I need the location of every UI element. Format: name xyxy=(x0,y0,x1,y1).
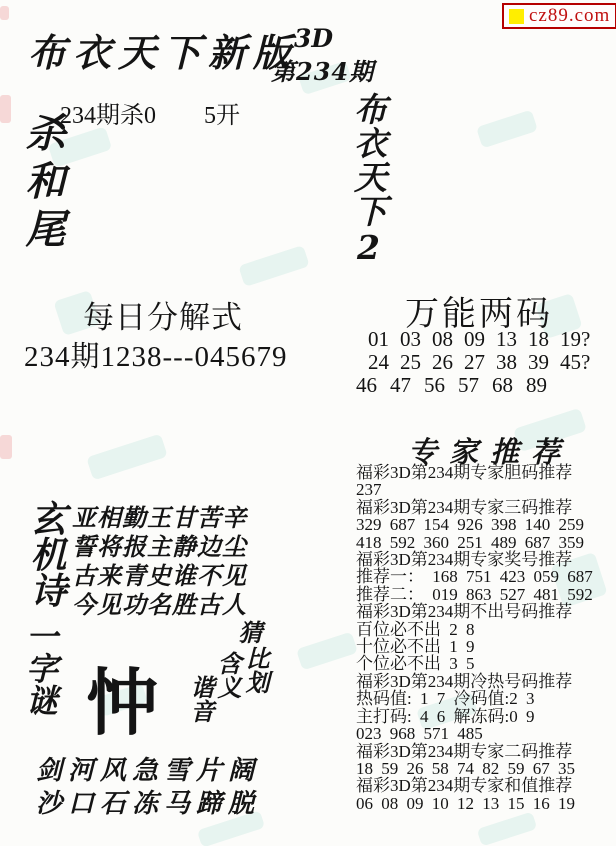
watermark-blob xyxy=(296,632,358,671)
two-codes-cell: 08 xyxy=(432,327,453,352)
two-codes-cell: 26 xyxy=(432,350,453,375)
page-title: 布衣天下新版 xyxy=(28,22,298,77)
expert-line: 主打码: 4 6 解冻码:0 9 xyxy=(356,708,614,725)
mystery-poem-label: 玄机诗 xyxy=(28,500,64,608)
riddle-hint: 谐音 xyxy=(188,675,212,723)
two-codes-cell: 13 xyxy=(496,327,517,352)
expert-line: 十位必不出 1 9 xyxy=(356,638,614,655)
two-codes-row: 46 47 56 57 68 89 xyxy=(356,373,547,398)
site-badge-label: cz89.com xyxy=(529,5,610,27)
expert-line: 福彩3D第234期专家奖号推荐 xyxy=(356,551,614,568)
brand-vertical-label: 布衣天下2 xyxy=(352,92,385,268)
expert-line: 福彩3D第234期不出号码推荐 xyxy=(356,603,614,620)
two-codes-row: 24 25 26 27 38 39 45? xyxy=(368,350,590,375)
lottery-flyer-page: cz89.com 布衣天下新版 3D 第234期 234期杀0 5开 杀和尾 布… xyxy=(0,0,616,846)
two-codes-cell: 27 xyxy=(464,350,485,375)
expert-line: 推荐二： 019 863 527 481 592 xyxy=(356,586,614,603)
expert-line: 福彩3D第234期专家二码推荐 xyxy=(356,743,614,760)
two-codes-cell: 46 xyxy=(356,373,377,398)
expert-line: 百位必不出 2 8 xyxy=(356,621,614,638)
two-codes-cell: 03 xyxy=(400,327,421,352)
watermark-fragment xyxy=(0,435,12,459)
expert-line: 热码值: 1 7 冷码值:2 3 xyxy=(356,690,614,707)
two-codes-cell: 25 xyxy=(400,350,421,375)
issue-label: 第234期 xyxy=(271,52,374,87)
riddle-hint: 含义 xyxy=(215,651,239,699)
kill-text: 234期杀0 xyxy=(60,95,156,130)
daily-breakdown-formula: 234期1238---045679 xyxy=(24,334,287,375)
two-codes-cell: 56 xyxy=(424,373,445,398)
bottom-poem-line: 沙口石冻马蹄脱 xyxy=(36,783,260,820)
two-codes-cell: 24 xyxy=(368,350,389,375)
expert-line: 329 687 154 926 398 140 259 xyxy=(356,516,614,533)
daily-breakdown-title: 每日分解式 xyxy=(83,292,243,337)
expert-line: 推荐一： 168 751 423 059 687 xyxy=(356,568,614,585)
two-codes-cell: 45? xyxy=(560,350,590,375)
riddle-hint: 猜 xyxy=(236,620,260,644)
kill-sum-tail-label: 杀和尾 xyxy=(22,112,62,256)
site-badge[interactable]: cz89.com xyxy=(502,3,616,29)
two-codes-cell: 38 xyxy=(496,350,517,375)
riddle-hint: 比划 xyxy=(243,646,267,694)
two-codes-cell: 68 xyxy=(492,373,513,398)
two-codes-cell: 57 xyxy=(458,373,479,398)
watermark-blob xyxy=(238,245,309,287)
expert-line: 个位必不出 3 5 xyxy=(356,655,614,672)
kill-open-line: 234期杀0 5开 xyxy=(60,95,240,130)
two-codes-cell: 01 xyxy=(368,327,389,352)
expert-line: 福彩3D第234期专家三码推荐 xyxy=(356,499,614,516)
two-codes-cell: 89 xyxy=(526,373,547,398)
expert-line: 06 08 09 10 12 13 15 16 19 xyxy=(356,795,614,812)
two-codes-cell: 39 xyxy=(528,350,549,375)
open-text: 5开 xyxy=(204,95,240,130)
two-codes-cell: 18 xyxy=(528,327,549,352)
expert-line: 237 xyxy=(356,481,614,498)
expert-line: 福彩3D第234期专家和值推荐 xyxy=(356,777,614,794)
expert-line: 福彩3D第234期专家胆码推荐 xyxy=(356,464,614,481)
watermark-blob xyxy=(477,811,538,846)
watermark-fragment xyxy=(0,95,11,123)
expert-line: 福彩3D第234期冷热号码推荐 xyxy=(356,673,614,690)
expert-line: 418 592 360 251 489 687 359 xyxy=(356,534,614,551)
two-codes-cell: 09 xyxy=(464,327,485,352)
watermark-blob xyxy=(86,434,168,481)
expert-recommendation-list: 福彩3D第234期专家胆码推荐 237 福彩3D第234期专家三码推荐 329 … xyxy=(356,464,614,812)
two-codes-cell: 19? xyxy=(560,327,590,352)
riddle-label: 一字谜 xyxy=(24,620,56,716)
yellow-square-icon xyxy=(509,9,524,24)
riddle-character: 忡 xyxy=(86,645,158,749)
bottom-poem-line: 剑河风急雪片阔 xyxy=(36,750,260,787)
two-codes-row: 01 03 08 09 13 18 19? xyxy=(368,327,590,352)
watermark-blob xyxy=(476,110,538,149)
watermark-fragment xyxy=(0,6,9,20)
expert-line: 18 59 26 58 74 82 59 67 35 xyxy=(356,760,614,777)
game-type-label: 3D xyxy=(294,24,333,53)
mystery-poem-line: 今见功名胜古人 xyxy=(72,585,247,620)
two-codes-cell: 47 xyxy=(390,373,411,398)
expert-line: 023 968 571 485 xyxy=(356,725,614,742)
